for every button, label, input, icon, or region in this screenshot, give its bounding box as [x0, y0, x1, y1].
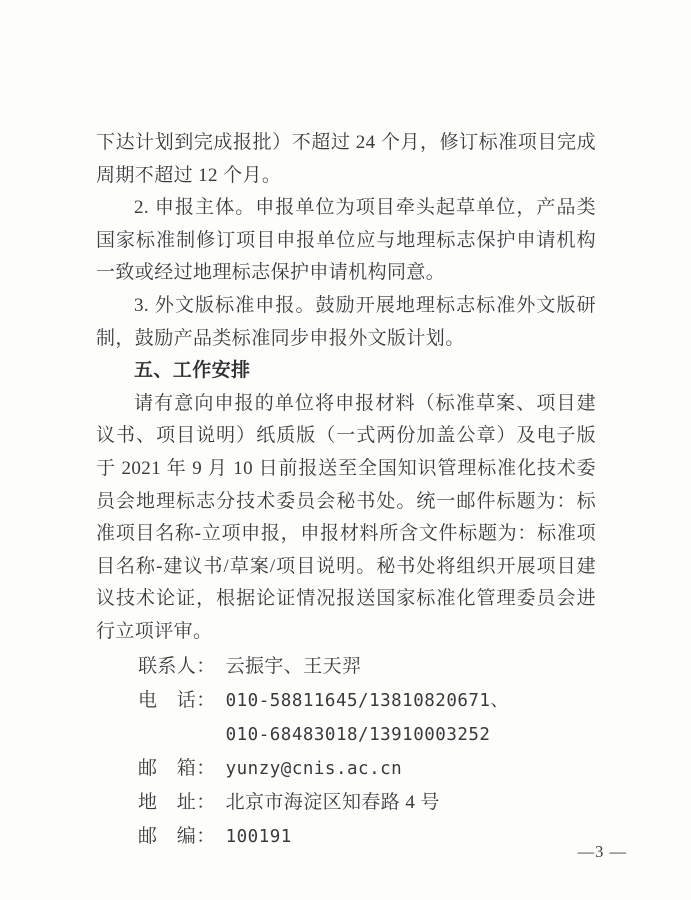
contact-block: 联系人： 云振宇、王天羿 电 话： 010-58811645/138108206…: [138, 650, 596, 854]
contact-row-phone: 电 话： 010-58811645/13810820671、 010-68483…: [138, 684, 596, 752]
contact-label-person: 联系人：: [138, 650, 216, 684]
paragraph-foreign-language-standard: 3. 外文版标准申报。鼓励开展地理标志标准外文版研制，鼓励产品类标准同步申报外文…: [96, 290, 596, 355]
contact-value-phone-2: 010-68483018/13910003252: [226, 718, 509, 752]
contact-label-postcode: 邮 编：: [138, 820, 216, 854]
document-page: 下达计划到完成报批）不超过 24 个月，修订标准项目完成周期不超过 12 个月。…: [0, 0, 691, 900]
paragraph-application-subject: 2. 申报主体。申报单位为项目牵头起草单位，产品类国家标准制修订项目申报单位应与…: [96, 192, 596, 290]
contact-row-postcode: 邮 编： 100191: [138, 820, 596, 854]
page-number: —3 —: [578, 842, 627, 862]
paragraph-continuation: 下达计划到完成报批）不超过 24 个月，修订标准项目完成周期不超过 12 个月。: [96, 127, 596, 192]
paragraph-work-arrangement: 请有意向申报的单位将申报材料（标准草案、项目建议书、项目说明）纸质版（一式两份加…: [96, 388, 596, 649]
contact-value-person: 云振宇、王天羿: [226, 650, 362, 684]
document-body: 下达计划到完成报批）不超过 24 个月，修订标准项目完成周期不超过 12 个月。…: [96, 127, 596, 854]
contact-label-address: 地 址：: [138, 786, 216, 820]
contact-row-email: 邮 箱： yunzy@cnis.ac.cn: [138, 752, 596, 786]
contact-phone-values: 010-58811645/13810820671、 010-68483018/1…: [226, 684, 509, 752]
contact-row-address: 地 址： 北京市海淀区知春路 4 号: [138, 786, 596, 820]
contact-value-email: yunzy@cnis.ac.cn: [226, 752, 403, 786]
contact-label-email: 邮 箱：: [138, 752, 216, 786]
contact-value-postcode: 100191: [226, 820, 292, 854]
contact-row-person: 联系人： 云振宇、王天羿: [138, 650, 596, 684]
section-heading: 五、工作安排: [96, 355, 596, 388]
contact-label-phone: 电 话：: [138, 684, 216, 718]
contact-value-phone-1: 010-58811645/13810820671、: [226, 684, 509, 718]
contact-value-address: 北京市海淀区知春路 4 号: [226, 786, 440, 820]
